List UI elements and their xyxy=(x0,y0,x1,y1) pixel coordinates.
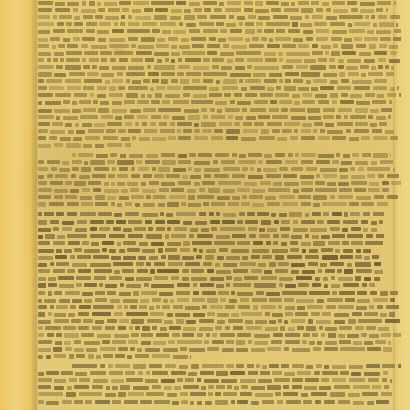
illegible-word xyxy=(226,283,230,287)
illegible-word xyxy=(348,23,352,27)
illegible-word xyxy=(293,79,303,83)
illegible-word xyxy=(284,182,299,186)
illegible-word xyxy=(376,234,384,238)
illegible-word xyxy=(306,37,313,41)
illegible-word xyxy=(57,235,65,239)
illegible-word xyxy=(159,122,167,126)
illegible-word xyxy=(241,312,262,316)
illegible-word xyxy=(330,80,338,84)
illegible-word xyxy=(389,45,398,49)
illegible-word xyxy=(379,220,383,224)
illegible-word xyxy=(291,270,299,274)
illegible-word xyxy=(364,37,378,41)
illegible-word xyxy=(235,58,244,62)
illegible-word xyxy=(150,312,164,316)
illegible-word xyxy=(193,94,207,98)
illegible-word xyxy=(376,400,389,404)
illegible-word xyxy=(74,16,80,20)
illegible-word xyxy=(208,188,220,193)
illegible-word xyxy=(288,153,293,157)
illegible-word xyxy=(252,203,264,207)
type-line xyxy=(38,298,396,303)
type-line xyxy=(38,79,388,84)
illegible-word xyxy=(133,364,146,369)
illegible-word xyxy=(171,371,186,375)
illegible-word xyxy=(142,22,157,26)
illegible-word xyxy=(152,326,157,330)
illegible-word xyxy=(351,227,361,231)
illegible-word xyxy=(260,181,271,185)
illegible-word xyxy=(161,153,175,157)
illegible-word xyxy=(254,334,270,338)
illegible-word xyxy=(197,333,203,337)
illegible-word xyxy=(141,37,155,42)
illegible-word xyxy=(223,392,237,396)
illegible-word xyxy=(191,269,204,273)
illegible-word xyxy=(44,212,54,216)
illegible-word xyxy=(382,364,395,368)
illegible-word xyxy=(201,228,209,232)
illegible-word xyxy=(305,255,319,259)
illegible-word xyxy=(269,73,282,77)
illegible-word xyxy=(301,181,313,185)
illegible-word xyxy=(117,72,123,76)
illegible-word xyxy=(356,196,371,200)
illegible-word xyxy=(242,108,247,112)
illegible-word xyxy=(313,241,325,246)
illegible-word xyxy=(119,319,129,323)
illegible-word xyxy=(214,129,223,133)
illegible-word xyxy=(193,66,209,70)
illegible-word xyxy=(89,1,95,6)
illegible-word xyxy=(350,167,355,171)
illegible-word xyxy=(285,312,293,316)
illegible-word xyxy=(55,93,71,97)
illegible-word xyxy=(50,305,54,309)
illegible-word xyxy=(165,234,169,239)
illegible-word xyxy=(353,401,364,405)
illegible-word xyxy=(119,58,128,62)
illegible-word xyxy=(141,341,151,345)
illegible-word xyxy=(254,283,276,288)
illegible-word xyxy=(317,341,322,345)
illegible-word xyxy=(374,195,384,199)
illegible-word xyxy=(145,160,160,164)
type-line xyxy=(38,100,392,105)
illegible-word xyxy=(266,160,282,164)
illegible-word xyxy=(251,255,260,259)
illegible-word xyxy=(38,249,54,253)
illegible-word xyxy=(188,203,201,207)
illegible-word xyxy=(259,228,265,232)
illegible-word xyxy=(303,333,310,337)
illegible-word xyxy=(281,2,289,6)
illegible-word xyxy=(380,291,388,296)
type-line xyxy=(38,65,394,70)
illegible-word xyxy=(324,400,335,404)
illegible-word xyxy=(180,392,188,396)
illegible-word xyxy=(282,44,296,48)
illegible-word xyxy=(324,284,328,288)
illegible-word xyxy=(203,79,213,83)
illegible-word xyxy=(94,123,105,127)
illegible-word xyxy=(55,8,70,12)
illegible-word xyxy=(156,227,165,231)
illegible-word xyxy=(70,189,79,193)
illegible-word xyxy=(235,116,243,120)
illegible-word xyxy=(325,123,334,127)
type-line xyxy=(38,174,399,179)
illegible-word xyxy=(91,45,107,49)
illegible-word xyxy=(343,154,350,158)
illegible-word xyxy=(58,276,74,280)
type-line xyxy=(38,276,380,281)
illegible-word xyxy=(327,298,343,302)
illegible-word xyxy=(54,386,64,390)
illegible-word xyxy=(73,8,78,12)
illegible-word xyxy=(146,262,151,266)
type-line xyxy=(38,1,396,6)
illegible-word xyxy=(203,1,217,5)
illegible-word xyxy=(308,116,321,120)
illegible-word xyxy=(82,123,92,127)
illegible-word xyxy=(145,58,154,62)
illegible-word xyxy=(174,386,181,390)
illegible-word xyxy=(171,45,177,49)
illegible-word xyxy=(339,326,352,330)
illegible-word xyxy=(318,136,330,140)
illegible-word xyxy=(120,385,130,390)
illegible-word xyxy=(347,263,352,267)
illegible-word xyxy=(190,392,206,396)
illegible-word xyxy=(335,249,340,253)
illegible-word xyxy=(180,347,187,351)
illegible-word xyxy=(370,291,377,295)
illegible-word xyxy=(366,234,373,238)
illegible-word xyxy=(156,86,165,90)
illegible-word xyxy=(177,378,183,382)
illegible-word xyxy=(204,379,219,383)
illegible-word xyxy=(135,203,140,207)
illegible-word xyxy=(231,313,239,317)
illegible-word xyxy=(394,29,401,33)
illegible-word xyxy=(38,144,51,148)
illegible-word xyxy=(232,234,246,238)
illegible-word xyxy=(95,144,104,148)
illegible-word xyxy=(74,93,87,97)
illegible-word xyxy=(237,220,243,224)
illegible-word xyxy=(126,312,148,316)
illegible-word xyxy=(194,161,210,165)
illegible-word xyxy=(151,284,174,288)
illegible-word xyxy=(183,221,192,225)
illegible-word xyxy=(370,123,377,127)
illegible-word xyxy=(82,37,95,41)
illegible-word xyxy=(361,73,366,77)
illegible-word xyxy=(54,52,64,56)
illegible-word xyxy=(51,167,57,171)
illegible-word xyxy=(138,167,149,171)
illegible-word xyxy=(327,182,336,186)
illegible-word xyxy=(272,313,283,317)
illegible-word xyxy=(280,326,285,331)
illegible-word xyxy=(200,283,214,287)
type-line xyxy=(38,15,400,20)
illegible-word xyxy=(73,137,82,141)
illegible-word xyxy=(311,1,319,5)
illegible-word xyxy=(38,312,45,317)
illegible-word xyxy=(54,379,66,383)
illegible-word xyxy=(231,45,247,49)
illegible-word xyxy=(56,212,64,216)
illegible-word xyxy=(141,94,145,98)
illegible-word xyxy=(294,101,300,105)
type-line xyxy=(38,8,388,13)
illegible-word xyxy=(269,262,276,267)
illegible-word xyxy=(194,168,201,172)
illegible-word xyxy=(132,9,141,13)
illegible-word xyxy=(102,241,114,245)
illegible-word xyxy=(223,79,237,84)
illegible-word xyxy=(74,400,83,404)
type-line xyxy=(38,122,389,127)
illegible-word xyxy=(201,122,216,127)
illegible-word xyxy=(293,189,299,193)
illegible-word xyxy=(94,167,109,171)
illegible-word xyxy=(380,313,387,317)
illegible-word xyxy=(232,196,240,200)
illegible-word xyxy=(379,22,394,27)
illegible-word xyxy=(322,371,338,375)
illegible-word xyxy=(132,80,141,84)
illegible-word xyxy=(261,276,277,280)
illegible-word xyxy=(240,298,249,302)
illegible-word xyxy=(236,348,248,352)
illegible-word xyxy=(328,333,336,338)
illegible-word xyxy=(82,188,90,192)
illegible-word xyxy=(325,269,335,273)
type-line xyxy=(38,167,395,172)
illegible-word xyxy=(237,292,253,296)
illegible-word xyxy=(284,372,295,376)
illegible-word xyxy=(292,385,302,389)
illegible-word xyxy=(279,277,293,281)
illegible-word xyxy=(38,52,51,56)
illegible-word xyxy=(300,23,312,27)
illegible-word xyxy=(377,305,383,309)
illegible-word xyxy=(197,195,214,199)
illegible-word xyxy=(54,291,62,295)
illegible-word xyxy=(135,354,149,358)
illegible-word xyxy=(252,249,269,253)
illegible-word xyxy=(372,255,379,259)
illegible-word xyxy=(38,101,42,105)
illegible-word xyxy=(125,277,134,281)
illegible-word xyxy=(38,277,46,281)
illegible-word xyxy=(302,100,315,104)
illegible-word xyxy=(354,86,370,90)
illegible-word xyxy=(38,385,51,389)
illegible-word xyxy=(67,29,83,33)
illegible-word xyxy=(65,181,72,185)
illegible-word xyxy=(265,58,277,62)
illegible-word xyxy=(124,100,135,104)
illegible-word xyxy=(301,160,313,164)
illegible-word xyxy=(315,181,325,185)
illegible-word xyxy=(245,29,255,34)
illegible-word xyxy=(131,58,143,62)
illegible-word xyxy=(38,181,47,185)
illegible-word xyxy=(361,136,370,140)
illegible-word xyxy=(171,9,182,13)
illegible-word xyxy=(212,333,217,337)
illegible-word xyxy=(98,8,105,12)
illegible-word xyxy=(390,153,391,157)
illegible-word xyxy=(154,174,164,178)
illegible-word xyxy=(215,101,227,105)
illegible-word xyxy=(107,122,122,126)
illegible-word xyxy=(97,30,109,34)
illegible-word xyxy=(378,65,383,69)
illegible-word xyxy=(167,313,173,317)
illegible-word xyxy=(191,100,213,104)
type-line xyxy=(38,241,383,246)
illegible-word xyxy=(285,284,296,288)
illegible-word xyxy=(202,129,212,133)
illegible-word xyxy=(48,291,52,296)
illegible-word xyxy=(301,153,316,157)
illegible-word xyxy=(190,228,198,232)
illegible-word xyxy=(124,400,138,404)
illegible-word xyxy=(254,122,264,126)
illegible-word xyxy=(330,227,340,231)
illegible-word xyxy=(160,212,164,216)
illegible-word xyxy=(308,262,318,266)
illegible-word xyxy=(110,58,116,62)
illegible-word xyxy=(329,65,336,69)
illegible-word xyxy=(272,115,288,119)
illegible-word xyxy=(386,8,388,12)
illegible-word xyxy=(238,305,250,309)
illegible-word xyxy=(38,15,50,19)
illegible-word xyxy=(380,160,393,164)
illegible-word xyxy=(161,182,175,186)
illegible-word xyxy=(217,256,224,260)
illegible-word xyxy=(291,2,295,6)
illegible-word xyxy=(131,174,140,178)
illegible-word xyxy=(239,79,243,83)
illegible-word xyxy=(377,94,384,98)
illegible-word xyxy=(203,58,210,62)
illegible-word xyxy=(54,354,66,358)
illegible-word xyxy=(301,202,311,206)
illegible-word xyxy=(308,319,313,324)
illegible-word xyxy=(50,181,63,185)
illegible-word xyxy=(332,234,345,238)
type-line xyxy=(38,340,391,345)
illegible-word xyxy=(310,65,326,70)
illegible-word xyxy=(244,182,257,186)
illegible-word xyxy=(354,188,366,192)
illegible-word xyxy=(311,87,318,91)
illegible-word xyxy=(367,174,375,178)
illegible-word xyxy=(212,340,224,344)
illegible-word xyxy=(304,59,316,63)
type-line xyxy=(38,400,389,405)
illegible-word xyxy=(152,354,170,358)
illegible-word xyxy=(252,298,267,302)
illegible-word xyxy=(321,378,329,382)
illegible-word xyxy=(186,72,201,76)
illegible-word xyxy=(254,341,268,345)
illegible-word xyxy=(201,386,206,390)
illegible-word xyxy=(84,249,100,253)
illegible-word xyxy=(67,386,72,390)
illegible-word xyxy=(223,213,236,217)
illegible-word xyxy=(370,109,379,113)
illegible-word xyxy=(84,161,88,165)
illegible-word xyxy=(55,2,65,6)
illegible-word xyxy=(66,51,82,55)
illegible-word xyxy=(171,79,178,83)
illegible-word xyxy=(103,136,118,140)
illegible-word xyxy=(156,44,169,48)
illegible-word xyxy=(95,400,110,404)
illegible-word xyxy=(38,228,51,232)
illegible-word xyxy=(100,364,105,368)
illegible-word xyxy=(75,372,87,376)
illegible-word xyxy=(76,130,85,134)
illegible-word xyxy=(247,65,252,69)
illegible-word xyxy=(74,348,84,352)
illegible-word xyxy=(305,234,309,238)
illegible-word xyxy=(360,65,369,69)
illegible-word xyxy=(367,347,381,351)
illegible-word xyxy=(56,116,60,120)
illegible-word xyxy=(100,347,116,351)
illegible-word xyxy=(183,327,196,331)
illegible-word xyxy=(125,143,131,147)
illegible-word xyxy=(283,392,298,396)
illegible-word xyxy=(283,174,297,178)
illegible-word xyxy=(390,298,395,302)
illegible-word xyxy=(69,72,85,76)
type-line xyxy=(38,354,191,359)
illegible-word xyxy=(127,355,132,359)
illegible-word xyxy=(149,364,162,368)
illegible-word xyxy=(324,365,329,369)
illegible-word xyxy=(232,153,237,157)
illegible-word xyxy=(61,371,73,375)
illegible-word xyxy=(365,241,383,245)
illegible-word xyxy=(209,212,214,216)
illegible-word xyxy=(106,386,110,390)
illegible-word xyxy=(284,122,300,126)
illegible-word xyxy=(142,213,158,217)
illegible-word xyxy=(273,182,282,186)
type-line xyxy=(38,129,394,134)
illegible-word xyxy=(153,195,166,199)
illegible-word xyxy=(209,93,222,97)
illegible-word xyxy=(112,400,121,404)
illegible-word xyxy=(358,167,364,171)
illegible-word xyxy=(234,277,242,281)
illegible-word xyxy=(204,8,211,12)
illegible-word xyxy=(344,269,353,274)
illegible-word xyxy=(284,320,288,324)
illegible-word xyxy=(326,305,336,309)
illegible-word xyxy=(314,122,323,126)
